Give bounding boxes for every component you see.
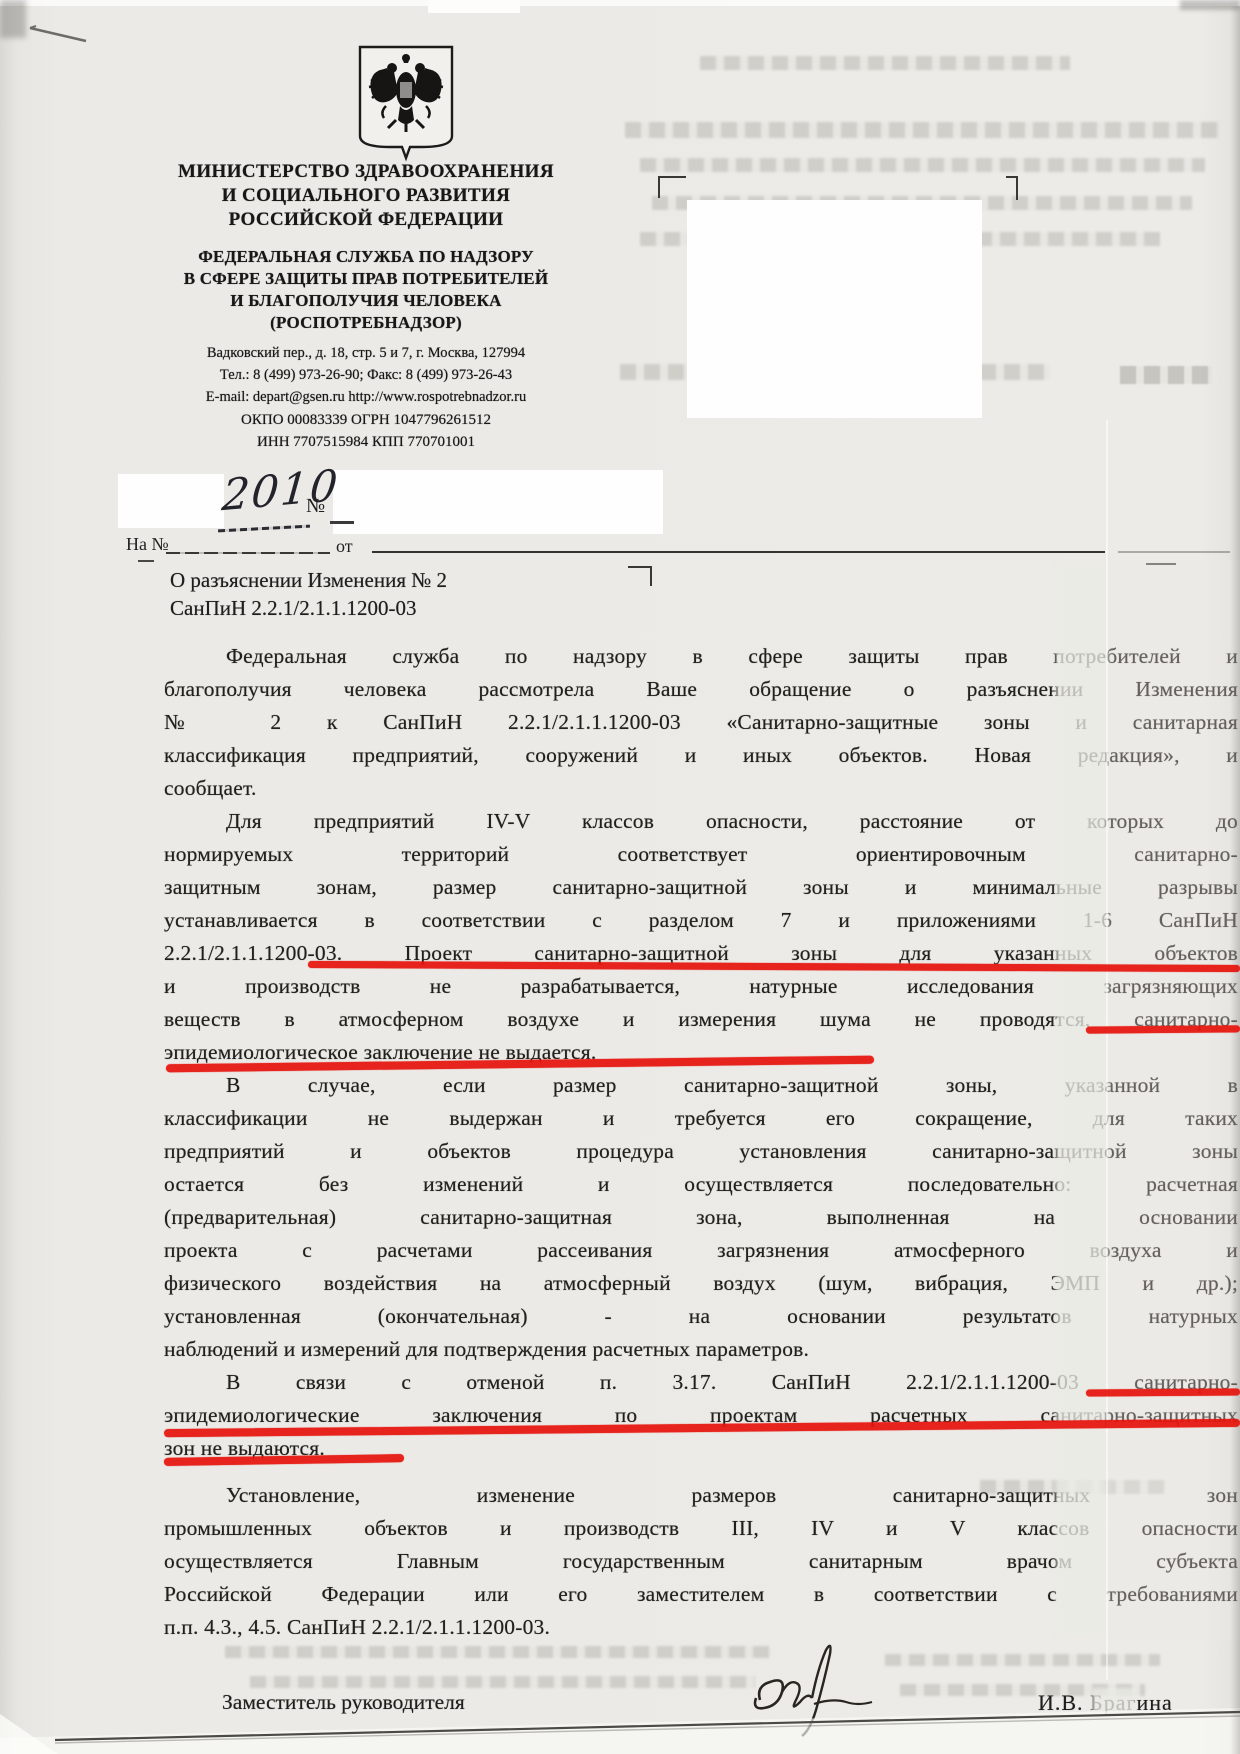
body-line: проекта с расчетами рассеивания загрязне… — [164, 1234, 1238, 1267]
red-underline-annotation — [1086, 1388, 1240, 1396]
body-line: В связи с отменой п. 3.17. СанПиН 2.2.1/… — [164, 1366, 1238, 1399]
body-line: классификация предприятий, сооружений и … — [164, 739, 1238, 772]
ministry-line: И СОЦИАЛЬНОГО РАЗВИТИЯ — [140, 184, 592, 208]
body-line: классификации не выдержан и требуется ег… — [164, 1102, 1238, 1135]
subject-block: О разъяснении Изменения № 2 СанПиН 2.2.1… — [170, 566, 447, 622]
bleed-through-text — [700, 56, 1070, 70]
body-line: физического воздействия на атмосферный в… — [164, 1267, 1238, 1300]
field-corner-mark — [628, 566, 652, 586]
scan-corner-smudge — [1180, 0, 1240, 10]
page-bottom-edge — [0, 1700, 1240, 1754]
body-line: промышленных объектов и производств III,… — [164, 1512, 1238, 1545]
from-date-line-faint — [1118, 551, 1230, 553]
incoming-number-label: На № — [126, 534, 169, 555]
body-line: (предварительная) санитарно-защитная зон… — [164, 1201, 1238, 1234]
body-line: Федеральная служба по надзору в сфере за… — [164, 640, 1238, 673]
body-line: осуществляется Главным государственным с… — [164, 1545, 1238, 1578]
subject-line: О разъяснении Изменения № 2 — [170, 566, 447, 594]
scan-corner-smudge — [0, 0, 26, 38]
letterhead-address: Вадковский пер., д. 18, стр. 5 и 7, г. М… — [140, 342, 592, 364]
number-label: № — [306, 495, 325, 518]
service-name: ФЕДЕРАЛЬНАЯ СЛУЖБА ПО НАДЗОРУ В СФЕРЕ ЗА… — [140, 246, 592, 334]
field-corner-mark — [1006, 176, 1018, 200]
service-line: ФЕДЕРАЛЬНАЯ СЛУЖБА ПО НАДЗОРУ — [140, 246, 592, 268]
body-line: предприятий и объектов процедура установ… — [164, 1135, 1238, 1168]
bleed-through-text — [640, 158, 1205, 172]
body-line: Для предприятий IV-V классов опасности, … — [164, 805, 1238, 838]
body-line: остается без изменений и осуществляется … — [164, 1168, 1238, 1201]
body-line: и производств не разрабатывается, натурн… — [164, 970, 1238, 1003]
body-line: В случае, если размер санитарно-защитной… — [164, 1069, 1238, 1102]
body-line: устанавливается в соответствии с раздело… — [164, 904, 1238, 937]
body-line: сообщает. — [164, 772, 1238, 805]
redaction-box-number — [333, 470, 663, 534]
handwritten-date-underline — [218, 525, 310, 533]
staple-mark — [28, 24, 92, 44]
subject-line: СанПиН 2.2.1/2.1.1.1200-03 — [170, 594, 447, 622]
bleed-through-text — [250, 1676, 755, 1688]
ministry-name: МИНИСТЕРСТВО ЗДРАВООХРАНЕНИЯ И СОЦИАЛЬНО… — [140, 160, 592, 232]
scan-top-notch — [428, 0, 520, 13]
letterhead-inn-kpp: ИНН 7707515984 КПП 770701001 — [140, 431, 592, 453]
redaction-box-addressee — [687, 200, 982, 418]
scan-top-edge — [0, 0, 1240, 6]
bleed-through-text — [885, 1654, 1160, 1666]
scanned-letter-page: { "document_type": "scanned official let… — [0, 0, 1240, 1754]
bleed-through-text — [225, 1646, 770, 1658]
body-line: Установление, изменение размеров санитар… — [164, 1479, 1238, 1512]
body-line: наблюдений и измерений для подтверждения… — [164, 1333, 1238, 1366]
body-line: веществ в атмосферном воздухе и измерени… — [164, 1003, 1238, 1036]
ministry-line: РОССИЙСКОЙ ФЕДЕРАЦИИ — [140, 208, 592, 232]
ministry-line: МИНИСТЕРСТВО ЗДРАВООХРАНЕНИЯ — [140, 160, 592, 184]
field-corner-mark — [658, 176, 686, 198]
body-line: защитным зонам, размер санитарно-защитно… — [164, 871, 1238, 904]
russia-coat-of-arms-emblem — [356, 44, 456, 162]
from-label: от — [336, 536, 353, 557]
service-line: И БЛАГОПОЛУЧИЯ ЧЕЛОВЕКА — [140, 290, 592, 312]
letterhead-phone-fax: Тел.: 8 (499) 973-26-90; Факс: 8 (499) 9… — [140, 364, 592, 386]
body-line: установленная (окончательная) - на основ… — [164, 1300, 1238, 1333]
number-blank-dash — [330, 521, 354, 524]
from-date-line — [372, 551, 1105, 553]
letterhead-okpo-ogrn: ОКПО 00083339 ОГРН 1047796261512 — [140, 409, 592, 431]
incoming-number-line — [166, 552, 330, 554]
service-line: В СФЕРЕ ЗАЩИТЫ ПРАВ ПОТРЕБИТЕЛЕЙ — [140, 268, 592, 290]
bleed-through-text — [1120, 366, 1212, 384]
red-underline-annotation — [1086, 1025, 1240, 1033]
body-line: № 2 к СанПиН 2.2.1/2.1.1.1200-03 «Санита… — [164, 706, 1238, 739]
letter-body: Федеральная служба по надзору в сфере за… — [164, 640, 1238, 1644]
body-line: нормируемых территорий соответствует ори… — [164, 838, 1238, 871]
body-line: Российской Федерации или его заместителе… — [164, 1578, 1238, 1611]
bleed-through-text — [625, 122, 1220, 138]
body-line: благополучия человека рассмотрела Ваше о… — [164, 673, 1238, 706]
margin-dash — [1146, 563, 1176, 565]
letterhead-email-web: E-mail: depart@gsen.ru http://www.rospot… — [140, 386, 592, 408]
margin-dash — [138, 560, 154, 562]
redaction-box-left — [118, 474, 224, 528]
body-line: п.п. 4.3., 4.5. СанПиН 2.2.1/2.1.1.1200-… — [164, 1611, 1238, 1644]
service-line: (РОСПОТРЕБНАДЗОР) — [140, 312, 592, 334]
